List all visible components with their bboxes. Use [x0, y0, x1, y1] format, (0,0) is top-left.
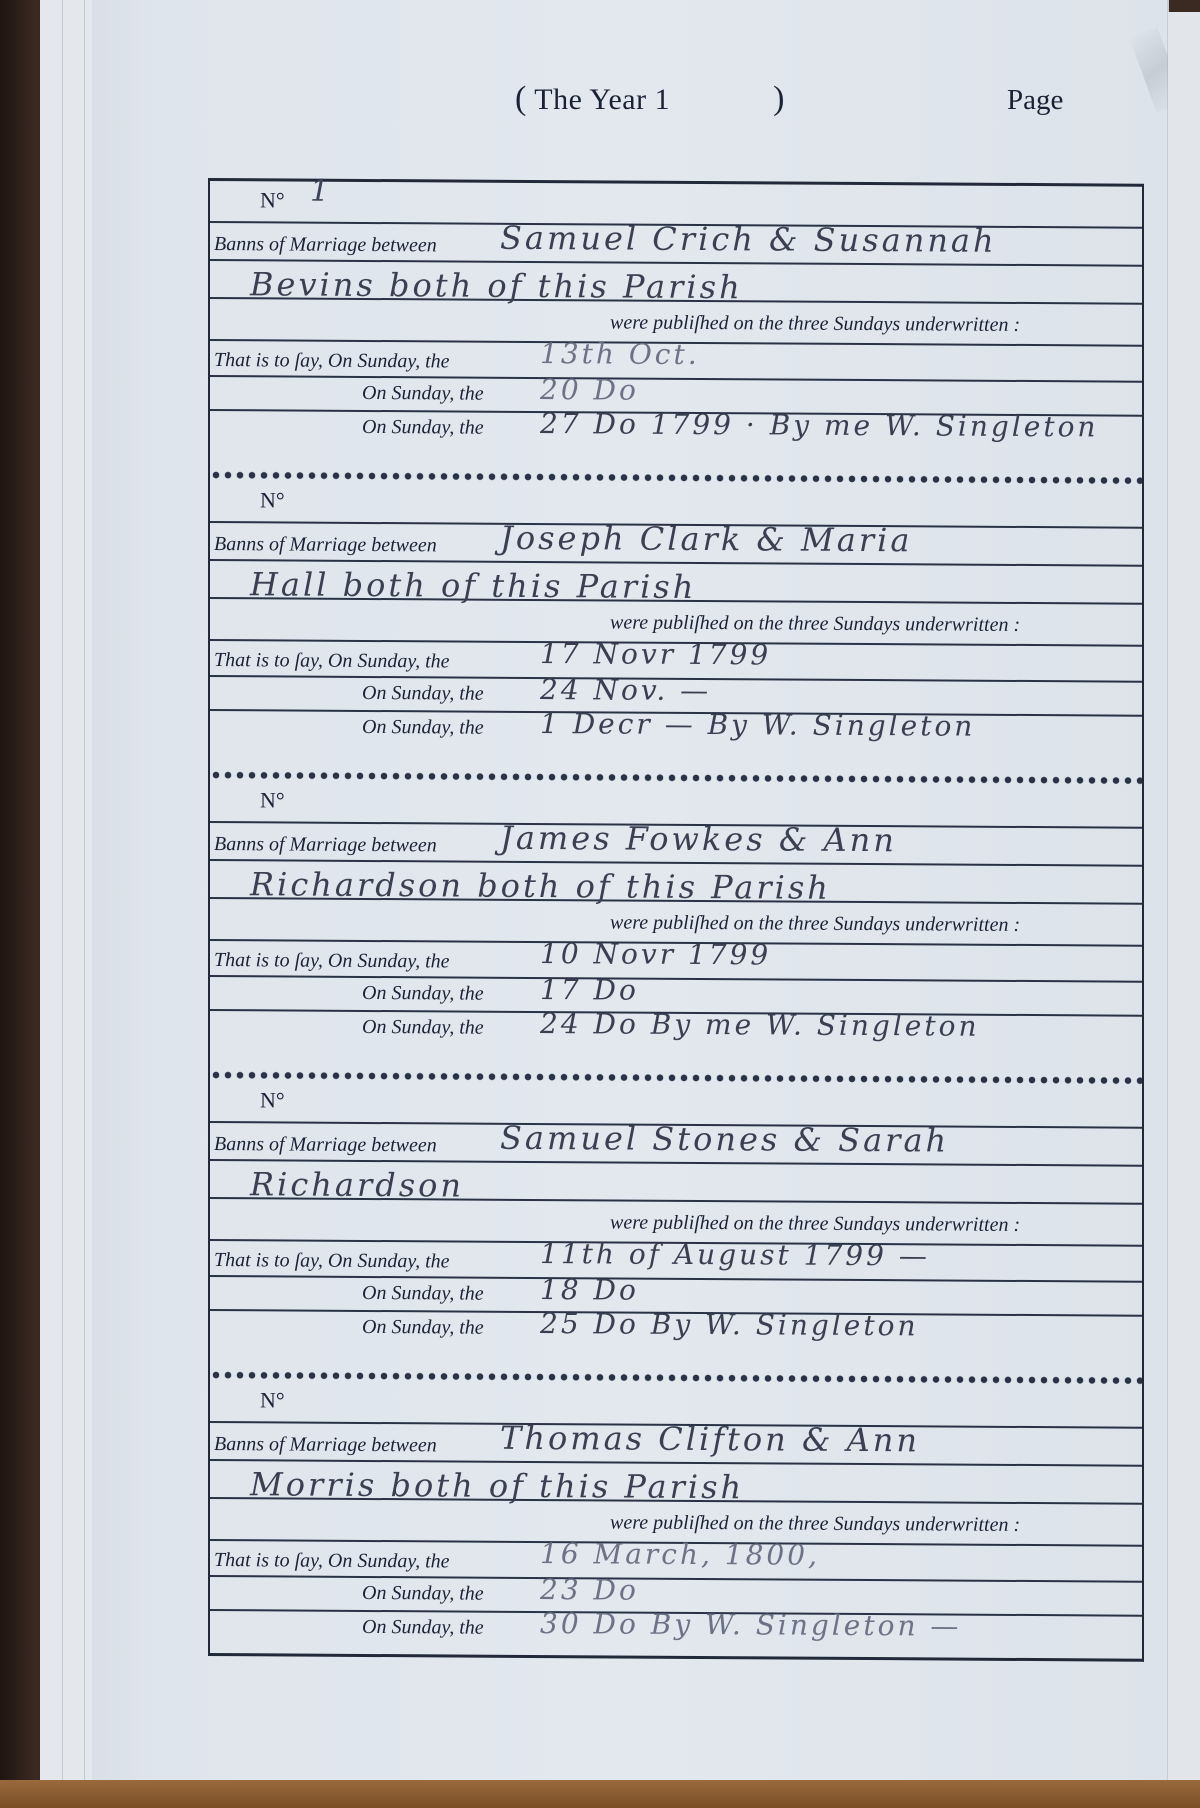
- title-paren-open: (: [515, 80, 527, 117]
- entry-number-label: N°: [260, 487, 285, 513]
- first-sunday-date: 16 March, 1800,: [540, 1537, 820, 1572]
- couple-names: James Fowkes & Ann: [500, 819, 897, 859]
- third-sunday-label: On Sunday, the: [362, 1316, 484, 1340]
- banns-label: Banns of Marriage between: [214, 1133, 437, 1157]
- second-sunday-label: On Sunday, the: [362, 1582, 484, 1606]
- second-sunday-label: On Sunday, the: [362, 1282, 484, 1306]
- page-title: ( The Year 1 ): [515, 80, 785, 118]
- couple-names-continued: Richardson: [250, 1165, 464, 1204]
- third-sunday-label: On Sunday, the: [362, 716, 484, 740]
- table-surface: [0, 1780, 1200, 1808]
- second-sunday-date: 20 Do: [540, 373, 639, 407]
- second-sunday-date: 24 Nov. —: [540, 673, 711, 707]
- banns-register-table: N° 1 Banns of Marriage between Samuel Cr…: [208, 178, 1144, 1662]
- banns-entry: N° Banns of Marriage between James Fowke…: [210, 781, 1142, 1087]
- entry-number-value: 1: [310, 174, 329, 209]
- first-sunday-date: 13th Oct.: [540, 337, 700, 371]
- couple-names-continued: Bevins both of this Parish: [250, 265, 743, 306]
- banns-label: Banns of Marriage between: [214, 533, 437, 557]
- third-sunday-label: On Sunday, the: [362, 1616, 484, 1640]
- page-number-label: Page: [1007, 84, 1063, 117]
- couple-names-continued: Morris both of this Parish: [250, 1465, 744, 1506]
- third-sunday-date-signature: 30 Do By W. Singleton —: [540, 1607, 961, 1643]
- title-text: The Year 1: [534, 83, 670, 116]
- second-sunday-date: 17 Do: [540, 973, 639, 1007]
- couple-names: Thomas Clifton & Ann: [500, 1419, 920, 1460]
- published-label: were publiſhed on the three Sundays unde…: [610, 1511, 1020, 1537]
- couple-names-continued: Hall both of this Parish: [250, 565, 696, 606]
- entry-number-label: N°: [260, 1087, 285, 1113]
- third-sunday-date-signature: 25 Do By W. Singleton: [540, 1307, 918, 1342]
- published-label: were publiſhed on the three Sundays unde…: [610, 1211, 1020, 1237]
- entry-number-label: N°: [260, 187, 285, 213]
- second-sunday-label: On Sunday, the: [362, 382, 484, 406]
- banns-label: Banns of Marriage between: [214, 1433, 437, 1457]
- second-sunday-date: 23 Do: [540, 1573, 639, 1607]
- banns-entry: N° Banns of Marriage between Thomas Clif…: [210, 1381, 1142, 1659]
- second-sunday-label: On Sunday, the: [362, 682, 484, 706]
- second-sunday-label: On Sunday, the: [362, 982, 484, 1006]
- third-sunday-label: On Sunday, the: [362, 416, 484, 440]
- banns-label: Banns of Marriage between: [214, 233, 437, 257]
- banns-entry: N° Banns of Marriage between Joseph Clar…: [210, 481, 1142, 787]
- banns-entry: N° 1 Banns of Marriage between Samuel Cr…: [210, 181, 1142, 487]
- couple-names: Samuel Crich & Susannah: [500, 219, 997, 260]
- entry-number-label: N°: [260, 787, 285, 813]
- first-sunday-label: That is to ſay, On Sunday, the: [214, 1249, 450, 1273]
- first-sunday-label: That is to ſay, On Sunday, the: [214, 649, 450, 673]
- first-sunday-label: That is to ſay, On Sunday, the: [214, 949, 450, 973]
- third-sunday-date-signature: 1 Decr — By W. Singleton: [540, 707, 975, 743]
- title-paren-close: ): [773, 80, 785, 117]
- first-sunday-date: 17 Novr 1799: [540, 637, 771, 671]
- banns-entry: N° Banns of Marriage between Samuel Ston…: [210, 1081, 1142, 1387]
- couple-names: Samuel Stones & Sarah: [500, 1119, 949, 1160]
- second-sunday-date: 18 Do: [540, 1273, 639, 1307]
- published-label: were publiſhed on the three Sundays unde…: [610, 911, 1020, 937]
- first-sunday-label: That is to ſay, On Sunday, the: [214, 1549, 450, 1573]
- third-sunday-label: On Sunday, the: [362, 1016, 484, 1040]
- banns-label: Banns of Marriage between: [214, 833, 437, 857]
- first-sunday-label: That is to ſay, On Sunday, the: [214, 349, 450, 373]
- couple-names: Joseph Clark & Maria: [500, 519, 912, 560]
- third-sunday-date-signature: 27 Do 1799 · By me W. Singleton: [540, 407, 1098, 443]
- published-label: were publiſhed on the three Sundays unde…: [610, 311, 1020, 337]
- first-sunday-date: 10 Novr 1799: [540, 937, 771, 971]
- published-label: were publiſhed on the three Sundays unde…: [610, 611, 1020, 637]
- first-sunday-date: 11th of August 1799 —: [540, 1237, 930, 1272]
- entry-number-label: N°: [260, 1387, 285, 1413]
- third-sunday-date-signature: 24 Do By me W. Singleton: [540, 1007, 980, 1043]
- couple-names-continued: Richardson both of this Parish: [250, 865, 831, 907]
- facing-page-edge: [1168, 12, 1200, 1792]
